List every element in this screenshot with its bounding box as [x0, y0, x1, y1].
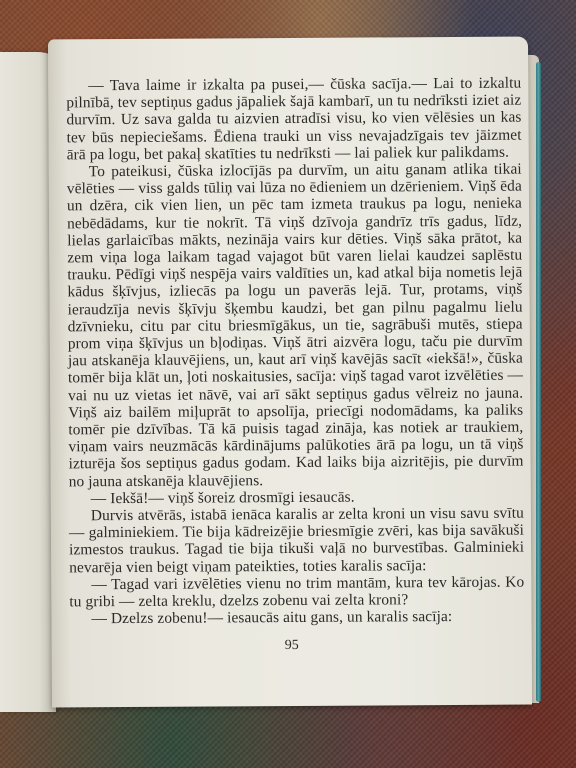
paragraph: Durvis atvērās, istabā ienāca karalis ar…: [69, 505, 524, 577]
book-cover-edge: [536, 62, 541, 702]
left-page-edge: [0, 52, 56, 712]
paragraph: — Dzelzs zobenu!— iesaucās aitu gans, un…: [69, 608, 524, 628]
paragraph: — Tava laime ir izkalta pa pusei,— čūska…: [66, 75, 522, 164]
paragraph: To pateikusi, čūska izlocījās pa durvīm,…: [67, 161, 524, 491]
page-text: — Tava laime ir izkalta pa pusei,— čūska…: [66, 75, 524, 628]
book-page: — Tava laime ir izkalta pa pusei,— čūska…: [48, 37, 532, 708]
page-number: 95: [52, 637, 532, 656]
paragraph: — Tagad vari izvēlēties vienu no trim ma…: [69, 573, 524, 610]
